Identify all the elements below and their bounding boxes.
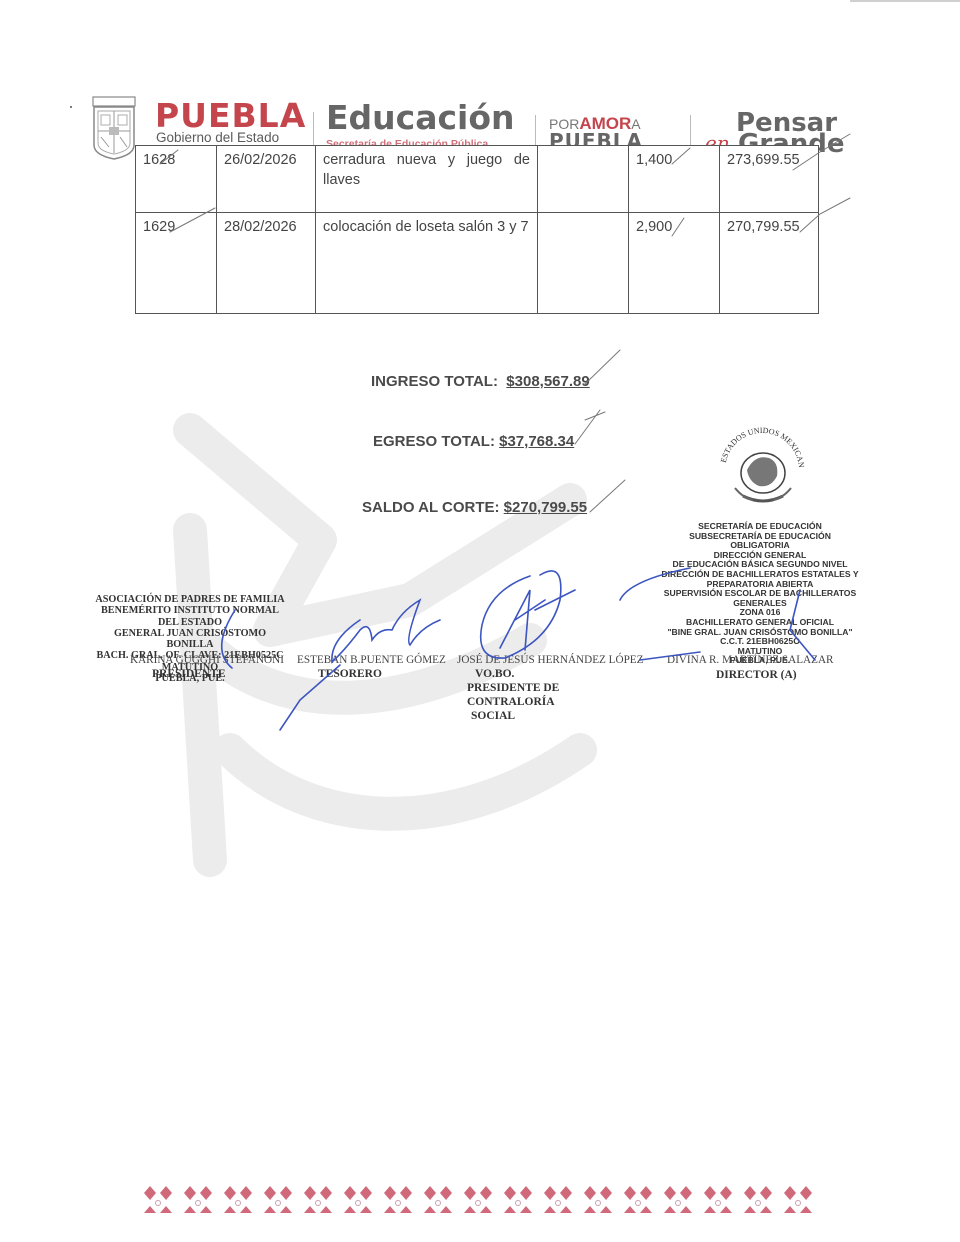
signatory-role-president: PRESIDENTE bbox=[152, 667, 226, 681]
folio-cell: 1628 bbox=[136, 146, 217, 213]
income-total: INGRESO TOTAL: $308,567.89 bbox=[371, 373, 590, 390]
department-name: Educación bbox=[326, 101, 515, 134]
school-seal-text: SECRETARÍA DE EDUCACIÓN SUBSECRETARÍA DE… bbox=[650, 522, 870, 666]
balance-cell: 270,799.55 bbox=[720, 213, 819, 314]
role-line: SOCIAL bbox=[467, 709, 559, 723]
puebla-coat-of-arms-icon bbox=[90, 95, 138, 161]
scan-speck bbox=[70, 106, 72, 108]
header-divider bbox=[690, 115, 691, 149]
signatory-name-treasurer: ESTEBAN B.PUENTE GÓMEZ bbox=[297, 654, 446, 666]
folio-cell: 1629 bbox=[136, 213, 217, 314]
income-total-value: $308,567.89 bbox=[506, 373, 589, 390]
description-cell: cerradura nueva y juego de llaves bbox=[316, 146, 538, 213]
date-cell: 26/02/2026 bbox=[217, 146, 316, 213]
signatory-role-comptroller: VO.BO. PRESIDENTE DE CONTRALORÍA SOCIAL bbox=[467, 667, 559, 723]
stamp-line: DEL ESTADO bbox=[95, 617, 285, 628]
signatory-name-director: DIVINA R. MARTÍNEZ SALAZAR bbox=[667, 654, 834, 666]
state-name: PUEBLA bbox=[155, 99, 306, 132]
expense-total: EGRESO TOTAL: $37,768.34 bbox=[373, 433, 574, 450]
balance-cell: 273,699.55 bbox=[720, 146, 819, 213]
closing-balance-label: SALDO AL CORTE: bbox=[362, 499, 500, 516]
closing-balance-value: $270,799.55 bbox=[504, 499, 587, 516]
talavera-pattern-band-icon bbox=[140, 1183, 820, 1223]
expense-total-value: $37,768.34 bbox=[499, 433, 574, 450]
expense-cell: 2,900 bbox=[629, 213, 720, 314]
header-divider bbox=[535, 115, 536, 149]
mexican-eagle-seal-icon: ESTADOS UNIDOS MEXICANOS bbox=[713, 418, 811, 516]
signatory-name-comptroller: JOSÉ DE JESÚS HERNÁNDEZ LÓPEZ bbox=[457, 654, 643, 666]
description-cell: colocación de loseta salón 3 y 7 bbox=[316, 213, 538, 314]
stamp-line: BENEMÉRITO INSTITUTO NORMAL bbox=[95, 605, 285, 616]
income-cell bbox=[538, 146, 629, 213]
table-row: 1629 28/02/2026 colocación de loseta sal… bbox=[136, 213, 819, 314]
signatory-role-director: DIRECTOR (A) bbox=[716, 668, 797, 682]
role-line: PRESIDENTE DE bbox=[467, 681, 559, 695]
signatory-name-president: KARINA GUGGHI STEFANONI bbox=[130, 654, 284, 666]
role-line: CONTRALORÍA bbox=[467, 695, 559, 709]
income-cell bbox=[538, 213, 629, 314]
signatory-role-treasurer: TESORERO bbox=[318, 667, 382, 681]
header-divider bbox=[313, 112, 314, 148]
stamp-line: ASOCIACIÓN DE PADRES DE FAMILIA bbox=[95, 594, 285, 605]
income-total-label: INGRESO TOTAL: bbox=[371, 373, 498, 390]
closing-balance: SALDO AL CORTE: $270,799.55 bbox=[362, 499, 587, 516]
scan-edge-line bbox=[850, 0, 960, 2]
stamp-line: GENERAL JUAN CRISÓSTOMO BONILLA bbox=[95, 628, 285, 651]
role-line: VO.BO. bbox=[467, 667, 559, 681]
table-row: 1628 26/02/2026 cerradura nueva y juego … bbox=[136, 146, 819, 213]
date-cell: 28/02/2026 bbox=[217, 213, 316, 314]
expense-cell: 1,400 bbox=[629, 146, 720, 213]
ledger-table: 1628 26/02/2026 cerradura nueva y juego … bbox=[135, 145, 819, 314]
expense-total-label: EGRESO TOTAL: bbox=[373, 433, 495, 450]
